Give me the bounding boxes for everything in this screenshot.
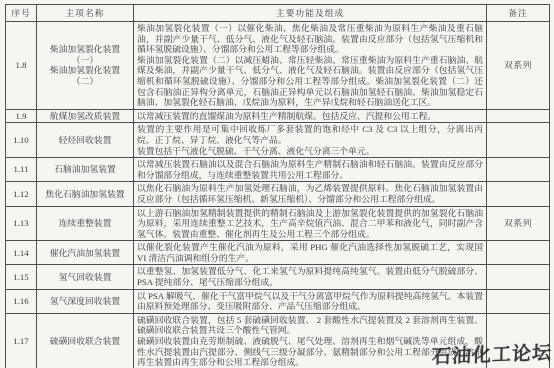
item-name-cell: 石脑油加氢装置	[37, 158, 134, 182]
header-seq-number: 序号	[6, 5, 37, 22]
table-body: 1.8柴油加氢裂化装置（一） 柴油加氢裂化装置（二）柴油加氢裂化装置（一）以催化…	[6, 22, 550, 368]
row-number-cell: 1.13	[6, 206, 37, 241]
header-item-name: 主项名称	[37, 5, 134, 22]
item-name-cell: 硫磺回收联合装置	[37, 313, 134, 368]
header-row: 序号 主项名称 主要功能及组成 备注	[6, 5, 550, 22]
table-row: 1.15氢气回收装置以重整氢、加氢装置低分气、化工来氢气为原料提纯高纯氢气。装置…	[6, 265, 550, 289]
item-remark-cell	[487, 182, 550, 206]
item-name-cell: 焦化石脑油加氢装置	[37, 182, 134, 206]
item-remark-cell	[487, 241, 550, 265]
item-description-cell: 以焦化石脑油为原料生产加氢处理石脑油，为乙烯装置提供原料。焦化石脑油加氢装置由反…	[134, 182, 487, 206]
row-number-cell: 1.12	[6, 182, 37, 206]
item-description-cell: 以催化裂化装置产生催化汽油为原料，采用 PHG 催化汽油选择性加氢脱硫工艺，实现…	[134, 241, 487, 265]
table-row: 1.14催化汽油加氢装置以催化裂化装置产生催化汽油为原料，采用 PHG 催化汽油…	[6, 241, 550, 265]
item-remark-cell	[487, 289, 550, 313]
table-header: 序号 主项名称 主要功能及组成 备注	[6, 5, 550, 22]
item-name-cell: 轻烃回收装置	[37, 123, 134, 158]
item-description-cell: 以 PSA 解吸气、催化干气富甲烷气以及干气分离富甲烷气作为原料提纯高纯氢气。本…	[134, 289, 487, 313]
item-remark-cell	[487, 313, 550, 368]
item-remark-cell	[487, 158, 550, 182]
item-name-cell: 氢气深度回收装置	[37, 289, 134, 313]
table-row: 1.10轻烃回收装置装置的主要作用是可集中回收炼厂多套装置的饱和烃中 C3 及 …	[6, 123, 550, 158]
item-description-cell: 柴油加氢裂化装置（一）以催化柴油、焦化柴油及常压重柴油为原料生产柴油及重石脑油，…	[134, 22, 487, 110]
row-number-cell: 1.9	[6, 109, 37, 123]
table-row: 1.12焦化石脑油加氢装置以焦化石脑油为原料生产加氢处理石脑油，为乙烯装置提供原…	[6, 182, 550, 206]
table-row: 1.9航煤加氢改质装置以常减压装置的直馏煤油为原料生产精制航煤。包括反应、汽提和…	[6, 109, 550, 123]
item-description-cell: 装置的主要作用是可集中回收炼厂多套装置的饱和烃中 C3 及 C3 以上组分，分离…	[134, 123, 487, 158]
item-remark-cell: 双系列	[487, 22, 550, 110]
item-description-cell: 硫磺回收联合装置，包括 5 套硫磺回收装置、 2 套酸性水汽提装置及 2 套溶剂…	[134, 313, 487, 368]
header-function-composition: 主要功能及组成	[134, 5, 487, 22]
row-number-cell: 1.11	[6, 158, 37, 182]
item-name-cell: 航煤加氢改质装置	[37, 109, 134, 123]
equipment-table-container: 序号 主项名称 主要功能及组成 备注 1.8柴油加氢裂化装置（一） 柴油加氢裂化…	[5, 4, 549, 368]
item-description-cell: 以常减压装置的直馏煤油为原料生产精制航煤。包括反应、汽提和公用工程。	[134, 109, 487, 123]
row-number-cell: 1.10	[6, 123, 37, 158]
item-description-cell: 以常减压装置石脑油以及混合石脑油为原料生产精制石脑油和轻石脑油。装置由反应部分和…	[134, 158, 487, 182]
item-name-cell: 连续重整装置	[37, 206, 134, 241]
row-number-cell: 1.8	[6, 22, 37, 110]
row-number-cell: 1.15	[6, 265, 37, 289]
item-remark-cell	[487, 123, 550, 158]
item-name-cell: 氢气回收装置	[37, 265, 134, 289]
table-row: 1.16氢气深度回收装置以 PSA 解吸气、催化干气富甲烷气以及干气分离富甲烷气…	[6, 289, 550, 313]
document-page: { "colors": { "border": "#4f4f4f", "text…	[0, 0, 554, 368]
table-row: 1.13连续重整装置以上游石脑油加氢精制装置提供的精制石脑油及上游加氢裂化装置提…	[6, 206, 550, 241]
item-description-cell: 以上游石脑油加氢精制装置提供的精制石脑油及上游加氢裂化装置提供的加氢裂化石脑油为…	[134, 206, 487, 241]
item-remark-cell	[487, 109, 550, 123]
item-name-cell: 催化汽油加氢装置	[37, 241, 134, 265]
row-number-cell: 1.14	[6, 241, 37, 265]
table-row: 1.8柴油加氢裂化装置（一） 柴油加氢裂化装置（二）柴油加氢裂化装置（一）以催化…	[6, 22, 550, 110]
item-remark-cell	[487, 265, 550, 289]
item-name-cell: 柴油加氢裂化装置（一） 柴油加氢裂化装置（二）	[37, 22, 134, 110]
header-remarks: 备注	[487, 5, 550, 22]
table-row: 1.17硫磺回收联合装置硫磺回收联合装置，包括 5 套硫磺回收装置、 2 套酸性…	[6, 313, 550, 368]
row-number-cell: 1.17	[6, 313, 37, 368]
item-remark-cell: 双系列	[487, 206, 550, 241]
table-row: 1.11石脑油加氢装置以常减压装置石脑油以及混合石脑油为原料生产精制石脑油和轻石…	[6, 158, 550, 182]
row-number-cell: 1.16	[6, 289, 37, 313]
equipment-table: 序号 主项名称 主要功能及组成 备注 1.8柴油加氢裂化装置（一） 柴油加氢裂化…	[5, 4, 550, 368]
item-description-cell: 以重整氢、加氢装置低分气、化工来氢气为原料提纯高纯氢气。装置由低分气脱硫部分、P…	[134, 265, 487, 289]
